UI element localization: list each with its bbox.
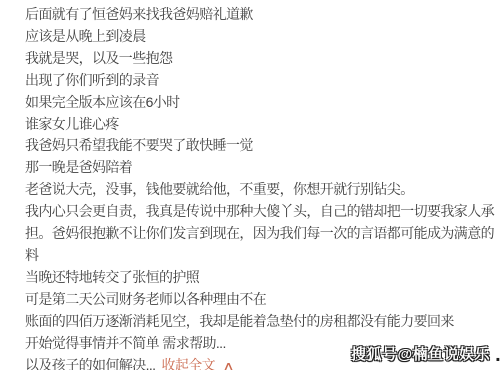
watermark: 搜狐号@楠鱼说娱乐. [351, 343, 500, 367]
post-line: 谁家女儿谁心疼 [25, 114, 495, 136]
post-line: 料 [25, 245, 495, 267]
post-line: 出现了你们听到的录音 [25, 70, 495, 92]
post-line: 当晚还特地转交了张恒的护照 [25, 267, 495, 289]
collapse-full-text-link[interactable]: 收起全文 [161, 357, 215, 370]
watermark-dot: . [495, 344, 500, 366]
post-line: 可是第二天公司财务老师以各种理由不在 [25, 289, 495, 311]
watermark-text: 搜狐号@楠鱼说娱乐 [351, 346, 490, 363]
post-line: 那一晚是爸妈陪着 [25, 157, 495, 179]
post-line: 我爸妈只希望我能不要哭了敢快睡一觉 [25, 135, 495, 157]
post-line: 应该是从晚上到凌晨 [25, 26, 495, 48]
post-text-block: 后面就有了恒爸妈来找我爸妈赔礼道歉 应该是从晚上到凌晨 我就是哭，以及一些抱怨 … [25, 4, 495, 370]
post-line: 我就是哭，以及一些抱怨 [25, 48, 495, 70]
post-line: 担。爸妈很抱歉不让你们发言到现在，因为我们每一次的言语都可能成为满意的 [25, 223, 495, 245]
post-line: 我内心只会更自责，我真是传说中那种大傻丫头，自己的错却把一切要我家人承 [25, 201, 495, 223]
post-line: 老爸说大壳，没事，钱他要就给他，不重要，你想开就行别钻尖。 [25, 179, 495, 201]
post-line: 如果完全版本应该在6小时 [25, 92, 495, 114]
post-line: 后面就有了恒爸妈来找我爸妈赔礼道歉 [25, 4, 495, 26]
post-line: 账面的四佰万逐渐消耗见空，我却是能着急垫付的房租都没有能力要回来 [25, 311, 495, 333]
post-last-line-text: 以及孩子的如何解决... [25, 357, 155, 370]
chevron-up-icon[interactable]: ∧ [222, 356, 233, 370]
